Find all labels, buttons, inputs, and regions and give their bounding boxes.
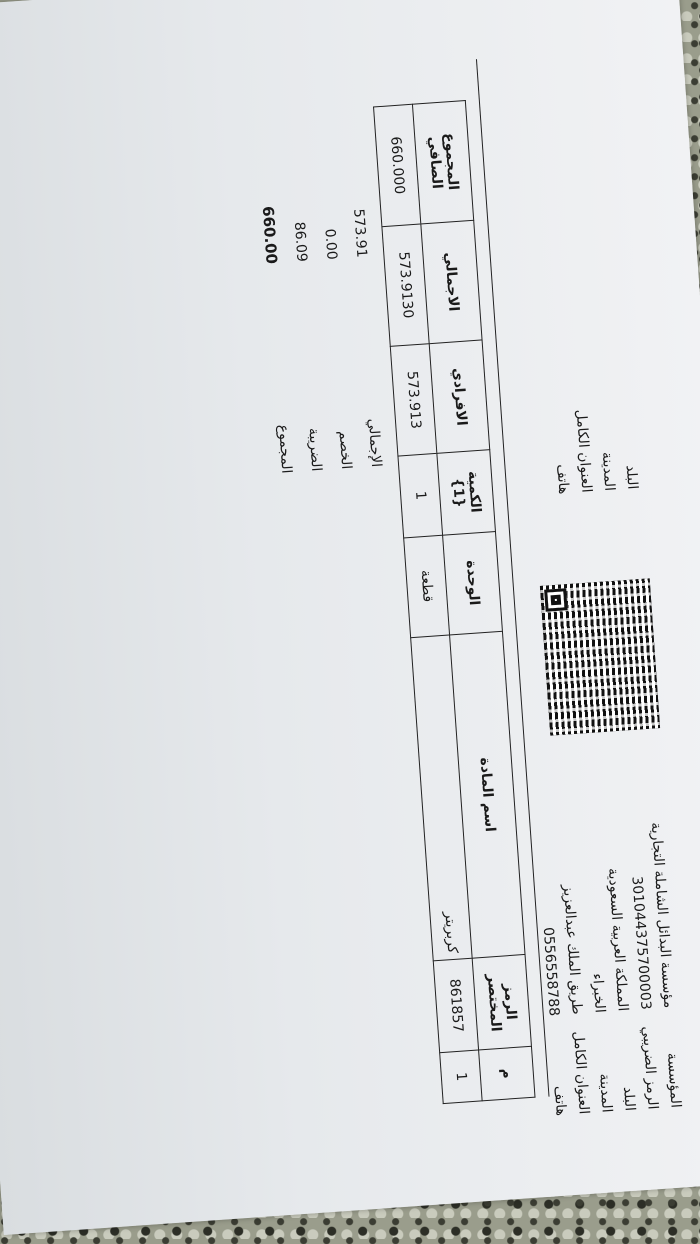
receipt-paper: المؤسسةمؤسسة البدائل الشاملة التجارية ال… (0, 0, 700, 1235)
grand-total-label: المجموع (266, 393, 302, 475)
col-header: المجموع الصافي (412, 101, 473, 224)
cell: 1 (440, 1050, 482, 1104)
total-label: الإجمالي (356, 386, 392, 468)
qr-code (540, 578, 660, 735)
total-value: 573.91 (343, 208, 376, 259)
cell: 660.000 (374, 104, 421, 226)
discount-value: 0.00 (314, 228, 346, 261)
totals-block: الإجمالي573.91 الخصم0.00 الضريبة86.09 ال… (253, 199, 391, 475)
items-table: م الرمز المختصر اسم المادة الوحدة الكمية… (373, 100, 536, 1104)
tax-label: الضريبة (296, 390, 332, 472)
col-header: الوحدة (443, 531, 503, 635)
cell: قطعة (404, 535, 450, 638)
cell: 573.9130 (382, 224, 429, 347)
receipt: المؤسسةمؤسسة البدائل الشاملة التجارية ال… (60, 0, 699, 1185)
cell: 861857 (433, 958, 478, 1052)
cell: 573.913 (390, 344, 437, 457)
col-header: الاجمالي (421, 220, 482, 344)
discount-label: الخصم (326, 388, 362, 470)
buyer-info: البلد المدينة العنوان الكامل هاتف (546, 406, 644, 495)
cell: 1 (398, 454, 443, 538)
tax-value: 86.09 (284, 221, 317, 263)
col-header: م (479, 1046, 535, 1101)
seller-info: المؤسسةمؤسسة البدائل الشاملة التجارية ال… (529, 821, 687, 1116)
col-header: الرمز المختصر (472, 955, 531, 1050)
seller-value: الخبراء (589, 973, 608, 1014)
col-header: الكمية {1} (437, 450, 496, 535)
col-header: الافرادي (429, 340, 490, 454)
grand-total-value: 660.00 (253, 205, 287, 265)
